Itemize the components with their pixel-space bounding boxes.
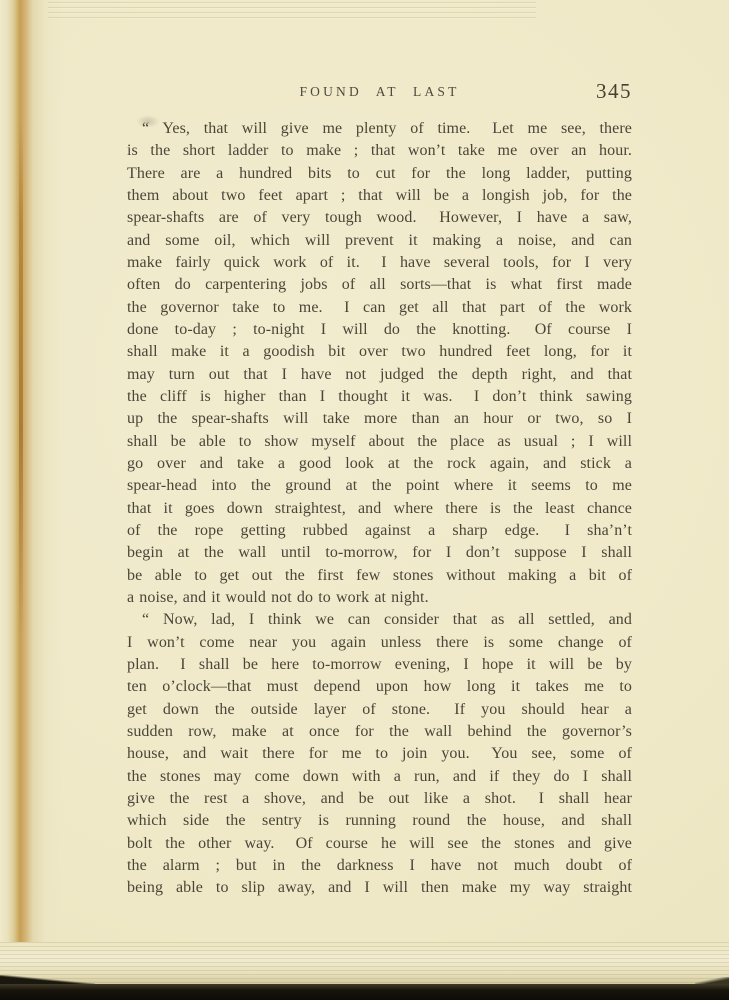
text-line: being able to slip away, and I will then… [127,877,632,899]
text-line: sudden row, make at once for the wall be… [127,721,632,743]
text-line: house, and wait there for me to join you… [127,743,632,765]
text-line: spear-shafts are of very tough wood. How… [127,207,632,229]
text-line: be able to get out the first few stones … [127,565,632,587]
scanned-book-page: FOUND AT LAST 345 “ Yes, that will give … [0,0,729,1000]
text-line: the cliff is higher than I thought it wa… [127,386,632,408]
text-line: begin at the wall until to-morrow, for I… [127,542,632,564]
book-gutter-shadow [0,0,64,948]
text-line: “ Yes, that will give me plenty of time.… [127,118,632,140]
text-line: done to-day ; to-night I will do the kno… [127,319,632,341]
text-line: that it goes down straightest, and where… [127,498,632,520]
page-number: 345 [596,79,632,104]
text-line: is the short ladder to make ; that won’t… [127,140,632,162]
text-line: shall make it a goodish bit over two hun… [127,341,632,363]
text-line: make fairly quick work of it. I have sev… [127,252,632,274]
page-edge-stack-bottom [0,942,729,986]
text-line: which side the sentry is running round t… [127,810,632,832]
book-bottom-edge [0,984,729,1000]
text-line: get down the outside layer of stone. If … [127,699,632,721]
text-line: I won’t come near you again unless there… [127,632,632,654]
text-line: plan. I shall be here to-morrow evening,… [127,654,632,676]
text-line: often do carpentering jobs of all sorts—… [127,274,632,296]
text-line: the alarm ; but in the darkness I have n… [127,855,632,877]
page-edge-lines-top [48,2,536,19]
text-line: and some oil, which will prevent it maki… [127,230,632,252]
text-line: go over and take a good look at the rock… [127,453,632,475]
text-line: the governor take to me. I can get all t… [127,297,632,319]
page-header: FOUND AT LAST 345 [127,79,632,105]
text-line: ten o’clock—that must depend upon how lo… [127,676,632,698]
running-title: FOUND AT LAST [127,84,632,100]
text-line: of the rope getting rubbed against a sha… [127,520,632,542]
text-line: the stones may come down with a run, and… [127,766,632,788]
text-line: give the rest a shove, and be out like a… [127,788,632,810]
text-line: bolt the other way. Of course he will se… [127,833,632,855]
text-line: them about two feet apart ; that will be… [127,185,632,207]
text-line: may turn out that I have not judged the … [127,364,632,386]
text-line: “ Now, lad, I think we can consider that… [127,609,632,631]
text-line: There are a hundred bits to cut for the … [127,163,632,185]
text-line: a noise, and it would not do to work at … [127,587,632,609]
text-line: up the spear-shafts will take more than … [127,408,632,430]
body-text: “ Yes, that will give me plenty of time.… [127,118,632,899]
text-line: spear-head into the ground at the point … [127,475,632,497]
book-gutter-line [19,120,23,640]
text-line: shall be able to show myself about the p… [127,431,632,453]
